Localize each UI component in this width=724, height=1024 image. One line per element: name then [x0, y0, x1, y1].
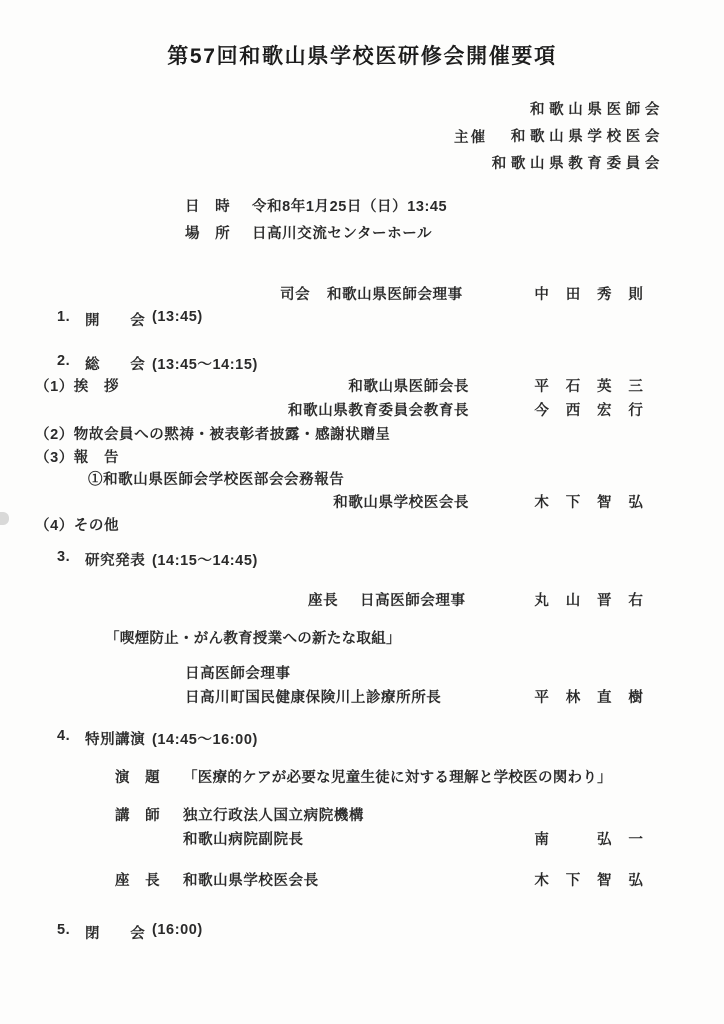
- organizer-line: 和歌山県教育委員会: [492, 151, 664, 178]
- venue-value: 日高川交流センターホール: [252, 222, 432, 243]
- greeter-title: 和歌山県医師会長: [348, 375, 469, 396]
- sub-item-label: （3）報 告: [35, 446, 119, 467]
- others-row: （4）その他: [0, 514, 724, 536]
- greeter-name: 平 石 英 三: [534, 375, 644, 396]
- research-chair-row: 座長 日高医師会理事 丸 山 晋 右: [0, 589, 724, 611]
- theme-label: 演 題: [115, 766, 160, 787]
- item-number: 3.: [57, 549, 70, 565]
- lecturer-org: 独立行政法人国立病院機構: [183, 804, 364, 825]
- chair-name: 木 下 智 弘: [534, 869, 644, 890]
- lecturer-row-1: 講 師 独立行政法人国立病院機構: [0, 804, 724, 826]
- lecturer-name: 南 弘 一: [534, 828, 644, 849]
- scanned-document-page: 第57回和歌山県学校医研修会開催要項 和歌山県医師会 和歌山県学校医会 和歌山県…: [0, 0, 724, 1024]
- item-label: 総 会: [85, 353, 145, 374]
- emcee-row: 司会 和歌山県医師会理事 中 田 秀 則: [0, 283, 724, 305]
- memorial-row: （2）物故会員への黙祷・被表彰者披露・感謝状贈呈: [0, 423, 724, 445]
- emcee-label: 司会: [280, 283, 310, 304]
- sub-item-label: （1）挨 拶: [35, 375, 119, 396]
- lecturer-row-2: 和歌山病院副院長 南 弘 一: [0, 828, 724, 850]
- organizer-label: 主催: [454, 126, 487, 147]
- item-time: (14:15～14:45): [152, 549, 258, 570]
- item-number: 5.: [57, 922, 70, 938]
- presenter-title-row-2: 日高川町国民健康保険川上診療所所長 平 林 直 樹: [0, 686, 724, 708]
- greeter-name: 今 西 宏 行: [534, 399, 644, 420]
- item-number: 2.: [57, 353, 70, 369]
- report-detail-row: ①和歌山県医師会学校医部会会務報告: [0, 468, 724, 490]
- item-label: 閉 会: [85, 922, 145, 943]
- lecture-theme: 「医療的ケアが必要な児童生徒に対する理解と学校医の関わり」: [183, 766, 612, 787]
- item-number: 1.: [57, 309, 70, 325]
- reporter-name: 木 下 智 弘: [534, 491, 644, 512]
- organizer-line: 和歌山県医師会: [492, 97, 664, 124]
- greeting-row-2: 和歌山県教育委員会教育長 今 西 宏 行: [0, 399, 724, 421]
- reporter-title: 和歌山県学校医会長: [333, 491, 469, 512]
- organizer-block: 和歌山県医師会 和歌山県学校医会 和歌山県教育委員会: [492, 97, 664, 178]
- document-title: 第57回和歌山県学校医研修会開催要項: [0, 40, 724, 70]
- item-label: 開 会: [85, 309, 145, 330]
- agenda-item-general-meeting: 2. 総 会 (13:45～14:15): [0, 353, 724, 375]
- emcee-name: 中 田 秀 則: [534, 283, 644, 304]
- greeting-row-1: （1）挨 拶 和歌山県医師会長 平 石 英 三: [0, 375, 724, 397]
- presenter-title-row-1: 日高医師会理事: [0, 662, 724, 684]
- research-theme-row: 「喫煙防止・がん教育授業への新たな取組」: [0, 627, 724, 649]
- datetime-value: 令和8年1月25日（日）13:45: [252, 195, 447, 216]
- report-row: （3）報 告: [0, 446, 724, 468]
- lecture-chair-row: 座 長 和歌山県学校医会長 木 下 智 弘: [0, 869, 724, 891]
- item-time: (16:00): [152, 922, 203, 938]
- emcee-title: 和歌山県医師会理事: [327, 283, 463, 304]
- chair-label: 座長: [308, 589, 338, 610]
- sub-item-label: （2）物故会員への黙祷・被表彰者披露・感謝状贈呈: [35, 423, 390, 444]
- item-time: (14:45～16:00): [152, 728, 258, 749]
- chair-name: 丸 山 晋 右: [534, 589, 644, 610]
- item-label: 研究発表: [85, 549, 145, 570]
- datetime-label: 日 時: [185, 195, 230, 216]
- venue-label: 場 所: [185, 222, 230, 243]
- sub-item-label: （4）その他: [35, 514, 119, 535]
- item-time: (13:45): [152, 309, 203, 325]
- agenda-item-special-lecture: 4. 特別講演 (14:45～16:00): [0, 728, 724, 750]
- presenter-name: 平 林 直 樹: [534, 686, 644, 707]
- chair-title: 和歌山県学校医会長: [183, 869, 319, 890]
- greeter-title: 和歌山県教育委員会教育長: [288, 399, 469, 420]
- presenter-title: 日高川町国民健康保険川上診療所所長: [185, 686, 441, 707]
- lecturer-label: 講 師: [115, 804, 160, 825]
- item-label: 特別講演: [85, 728, 145, 749]
- agenda-item-opening: 1. 開 会 (13:45): [0, 309, 724, 331]
- lecture-theme-row: 演 題 「医療的ケアが必要な児童生徒に対する理解と学校医の関わり」: [0, 766, 724, 788]
- item-number: 4.: [57, 728, 70, 744]
- item-time: (13:45～14:15): [152, 353, 258, 374]
- report-item-label: ①和歌山県医師会学校医部会会務報告: [88, 468, 344, 489]
- lecturer-org: 和歌山病院副院長: [183, 828, 304, 849]
- agenda-item-closing: 5. 閉 会 (16:00): [0, 922, 724, 944]
- report-by-row: 和歌山県学校医会長 木 下 智 弘: [0, 491, 724, 513]
- chair-title: 日高医師会理事: [360, 589, 466, 610]
- agenda-item-research: 3. 研究発表 (14:15～14:45): [0, 549, 724, 571]
- chair-label: 座 長: [115, 869, 160, 890]
- venue-row: 場 所 日高川交流センターホール: [0, 222, 724, 244]
- organizer-line: 和歌山県学校医会: [492, 124, 664, 151]
- presenter-title: 日高医師会理事: [185, 662, 291, 683]
- datetime-row: 日 時 令和8年1月25日（日）13:45: [0, 195, 724, 217]
- research-theme: 「喫煙防止・がん教育授業への新たな取組」: [105, 627, 401, 648]
